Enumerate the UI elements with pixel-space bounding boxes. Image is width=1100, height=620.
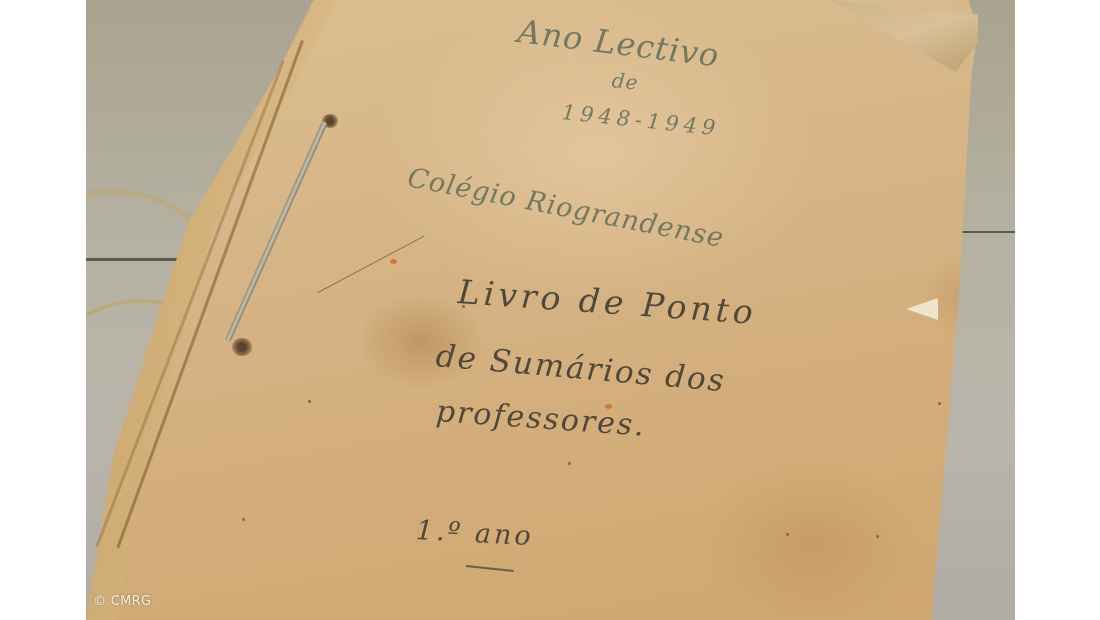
image-canvas: Ano Lectivo de 1948-1949 Colégio Riogran…	[0, 0, 1100, 620]
cover-text-de: de	[611, 68, 640, 95]
paper-speck	[242, 518, 245, 521]
paper-speck	[938, 402, 941, 405]
paper-speck	[568, 462, 571, 465]
binding-hole	[232, 338, 252, 356]
copyright-watermark: © CMRG	[93, 594, 151, 609]
paper-speck	[876, 535, 879, 538]
paper-speck	[786, 533, 789, 536]
paper-speck	[308, 400, 311, 403]
cover-text-grade: 1.º ano	[415, 515, 534, 552]
ink-stain	[390, 259, 397, 264]
photograph: Ano Lectivo de 1948-1949 Colégio Riogran…	[86, 0, 1015, 620]
